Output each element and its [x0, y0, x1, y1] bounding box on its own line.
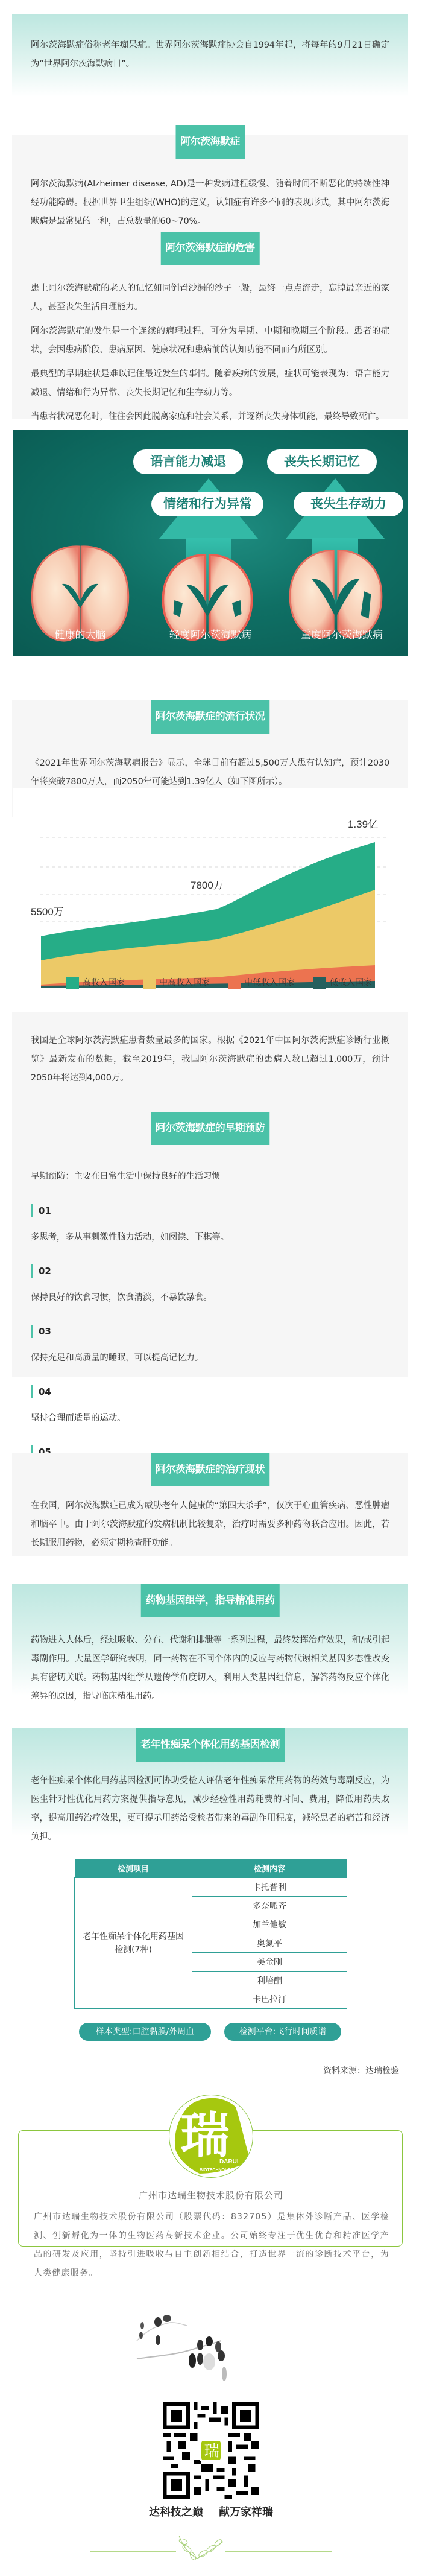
brain-label: 轻度阿尔茨海默病 — [156, 626, 265, 641]
gene-test-table: 检测项目 检测内容 老年性痴呆个体化用药基因检测(7种) 卡托普利 多奈哌齐 加… — [74, 1859, 347, 2009]
company-logo: 瑞 DARUI BIOTECHNOLOGY — [169, 2095, 253, 2178]
qr-code[interactable]: 瑞 — [163, 2402, 259, 2499]
drug-cell: 卡托普利 — [192, 1877, 347, 1896]
darui-logo-icon: 瑞 DARUI BIOTECHNOLOGY — [169, 2095, 253, 2178]
item-text: 坚持合理而适量的运动。 — [12, 1409, 408, 1428]
item-number: 01 — [31, 1204, 408, 1217]
intro-text: 阿尔茨海默症俗称老年痴呆症。世界阿尔茨海默症协会自1994年起，将每年的9月21… — [12, 14, 408, 74]
china-stats-paragraph: 我国是全球阿尔茨海默症患者数量最多的国家。根据《2021年中国阿尔茨海默症诊断行… — [12, 1012, 408, 1088]
symptom-pill: 丧失长期记忆 — [267, 449, 377, 474]
drug-cell: 加兰他敏 — [192, 1915, 347, 1934]
brain-label: 重度阿尔茨海默病 — [288, 626, 396, 641]
prevention-section: 阿尔茨海默症的早期预防 早期预防：主要在日常生活中保持良好的生活习惯 01 多思… — [12, 1112, 408, 1377]
footer-divider-left — [90, 2551, 176, 2552]
leaf-sprig-icon — [176, 2536, 224, 2563]
company-description: 广州市达瑞生物技术股份有限公司（股票代码：832705）是集体外诊断产品、医学检… — [34, 2208, 389, 2283]
section-heading: 阿尔茨海默症的危害 — [160, 232, 260, 265]
section-heading: 阿尔茨海默症的早期预防 — [151, 1112, 270, 1145]
china-stats-card: 我国是全球阿尔茨海默症患者数量最多的国家。根据《2021年中国阿尔茨海默症诊断行… — [12, 1012, 408, 1115]
brain-label: 健康的大脑 — [32, 626, 128, 641]
svg-text:瑞: 瑞 — [204, 2443, 219, 2461]
table-row: 老年性痴呆个体化用药基因检测(7种) 卡托普利 — [75, 1877, 347, 1896]
harm-paragraph: 阿尔茨海默症的发生是一个连续的病理过程，可分为早期、中期和晚期三个阶段。患者的症… — [12, 322, 408, 360]
platform-tag: 检测平台:飞行时间质谱 — [224, 2023, 341, 2041]
prevention-item: 02 保持良好的饮食习惯，饮食清淡，不暴饮暴食。 — [12, 1264, 408, 1307]
table-header: 检测内容 — [192, 1859, 347, 1877]
harm-paragraph: 最典型的早期症状是难以记住最近发生的事情。随着疾病的发展，症状可能表现为：语言能… — [12, 365, 408, 402]
symptom-pill: 情绪和行为异常 — [151, 492, 263, 516]
label-2050-value: 1.39亿 — [348, 819, 378, 830]
section-heading: 阿尔茨海默症的治疗现状 — [151, 1453, 270, 1486]
intro-card: 阿尔茨海默症俗称老年痴呆症。世界阿尔茨海默症协会自1994年起，将每年的9月21… — [12, 14, 408, 97]
prevention-item: 03 保持充足和高质量的睡眠，可以提高记忆力。 — [12, 1325, 408, 1368]
item-text: 保持充足和高质量的睡眠，可以提高记忆力。 — [12, 1349, 408, 1368]
item-text: 保持良好的饮食习惯，饮食清淡，不暴饮暴食。 — [12, 1289, 408, 1307]
source-credit: 资料来源：达瑞检验 — [323, 2064, 399, 2076]
section-heading: 老年性痴呆个体化用药基因检测 — [136, 1728, 285, 1762]
legend-swatch — [143, 977, 156, 989]
item-number: 02 — [31, 1264, 408, 1278]
table-header: 检测项目 — [75, 1859, 192, 1877]
drug-cell: 奥氮平 — [192, 1934, 347, 1952]
symptom-pill: 丧失生存动力 — [294, 492, 403, 516]
harm-paragraph: 当患者状况恶化时，往往会因此脱离家庭和社会关系，并逐渐丧失身体机能，最终导致死亡… — [12, 408, 408, 427]
legend-swatch — [313, 977, 326, 989]
chart-legend: 高收入国家 中高收入国家 中低收入国家 低收入国家 — [0, 976, 422, 989]
item-number: 04 — [31, 1385, 408, 1398]
harm-paragraph: 患上阿尔茨海默症的老人的记忆如同倒置沙漏的沙子一般，最终一点点流走，忘掉最亲近的… — [12, 279, 408, 317]
test-item-cell: 老年性痴呆个体化用药基因检测(7种) — [75, 1877, 192, 2008]
svg-text:DARUI: DARUI — [219, 2159, 239, 2165]
company-name: 广州市达瑞生物技术股份有限公司 — [0, 2189, 422, 2201]
legend-item: 中高收入国家 — [143, 976, 210, 989]
svg-text:瑞: 瑞 — [180, 2107, 230, 2165]
label-2030-value: 7800万 — [191, 880, 224, 891]
table-header-row: 检测项目 检测内容 — [75, 1859, 347, 1877]
harm-section: 阿尔茨海默症的危害 患上阿尔茨海默症的老人的记忆如同倒置沙漏的沙子一般，最终一点… — [12, 232, 408, 419]
legend-swatch — [66, 977, 79, 989]
drug-cell: 卡巴拉汀 — [192, 1990, 347, 2008]
item-number: 03 — [31, 1325, 408, 1338]
legend-item: 中低收入国家 — [228, 976, 295, 989]
symptom-pill: 语言能力减退 — [133, 449, 243, 474]
prevention-item: 01 多思考，多从事刺激性脑力活动，如阅读、下棋等。 — [12, 1204, 408, 1247]
brain-stages-illustration: 语言能力减退 情绪和行为异常 丧失长期记忆 丧失生存动力 健康的大脑 轻度阿尔茨… — [13, 430, 408, 656]
ink-branch-decoration-icon — [134, 2314, 254, 2392]
footer-divider-right — [225, 2551, 332, 2552]
gene-test-section: 老年性痴呆个体化用药基因检测 老年性痴呆个体化用药基因检测可协助受检人评估老年性… — [12, 1728, 408, 1836]
legend-item: 高收入国家 — [66, 976, 125, 989]
definition-section: 阿尔茨海默症 阿尔茨海默病(Alzheimer disease, AD)是一种发… — [12, 135, 408, 238]
drug-cell: 多奈哌齐 — [192, 1896, 347, 1915]
pharmacogenomics-section: 药物基因组学，指导精准用药 药物进入人体后，经过吸收、分布、代谢和排泄等一系列过… — [12, 1584, 408, 1695]
svg-text:BIOTECHNOLOGY: BIOTECHNOLOGY — [200, 2168, 237, 2172]
section-heading: 阿尔茨海默症 — [175, 125, 245, 159]
item-text: 多思考，多从事刺激性脑力活动，如阅读、下棋等。 — [12, 1228, 408, 1247]
label-2019-value: 5500万 — [31, 906, 64, 918]
stacked-area-chart: 5500万 7800万 1.39亿 2019 2019 2030 2050 — [13, 788, 408, 997]
legend-swatch — [228, 977, 241, 989]
treatment-section: 阿尔茨海默症的治疗现状 在我国，阿尔茨海默症已成为威胁老年人健康的“第四大杀手”… — [12, 1453, 408, 1556]
drug-cell: 美金刚 — [192, 1952, 347, 1971]
prevention-item: 04 坚持合理而适量的运动。 — [12, 1385, 408, 1428]
section-heading: 阿尔茨海默症的流行状况 — [151, 700, 270, 734]
section-heading: 药物基因组学，指导精准用药 — [140, 1584, 280, 1617]
company-slogan: 达科技之巅 献万家祥瑞 — [0, 2504, 422, 2519]
legend-item: 低收入国家 — [313, 976, 372, 989]
drug-cell: 利培酮 — [192, 1971, 347, 1990]
sample-type-tag: 样本类型:口腔黏膜/外周血 — [79, 2023, 211, 2041]
dementia-projection-chart: 5500万 7800万 1.39亿 2019 2019 2030 2050 — [13, 788, 408, 997]
